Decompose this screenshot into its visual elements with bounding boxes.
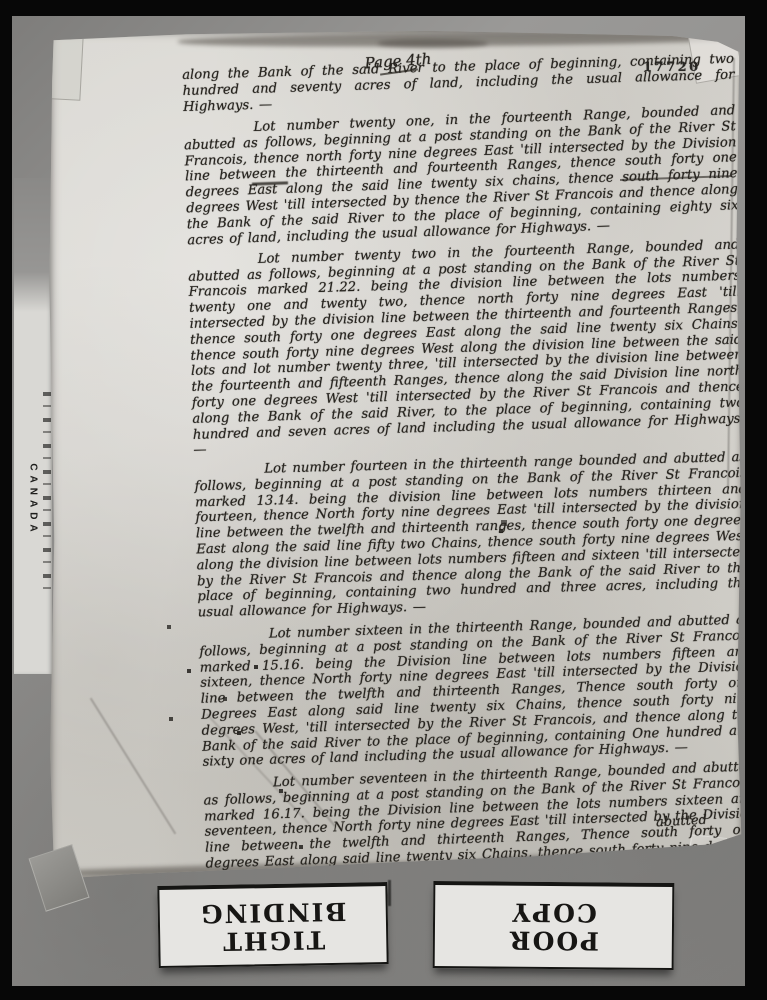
tight-binding-line2: BINDING (199, 897, 347, 928)
tight-binding-label: TIGHT BINDING (157, 882, 388, 968)
manuscript-paragraph: Lot number twenty two in the fourteenth … (188, 237, 746, 459)
clipped-stamp-fragments (43, 392, 51, 600)
top-edge-stain (378, 39, 488, 48)
poor-copy-line2: COPY (510, 898, 597, 927)
manuscript-paragraph: Lot number twenty one, in the fourteenth… (183, 104, 739, 250)
manuscript-text: along the Bank of the said River to the … (182, 52, 760, 941)
canada-label: CANADA (28, 463, 39, 536)
microfilm-frame: CANADA Page 4th 17720 along the Bank of … (0, 0, 767, 1000)
poor-copy-label: POOR COPY (433, 881, 675, 970)
tight-binding-line1: TIGHT (221, 925, 325, 955)
card-gap-mark (388, 880, 391, 906)
catchword: abutted (656, 813, 708, 831)
target-card-shadow (14, 178, 52, 312)
poor-copy-line1: POOR (508, 926, 599, 955)
manuscript-paragraph: Lot number sixteen in the thirteenth Ran… (199, 612, 755, 770)
crease-line (90, 698, 176, 835)
tape-top-left (48, 35, 83, 101)
manuscript-paragraph: Lot number fourteen in the thirteenth ra… (194, 450, 750, 621)
manuscript-page: Page 4th 17720 along the Bank of the sai… (48, 30, 742, 880)
